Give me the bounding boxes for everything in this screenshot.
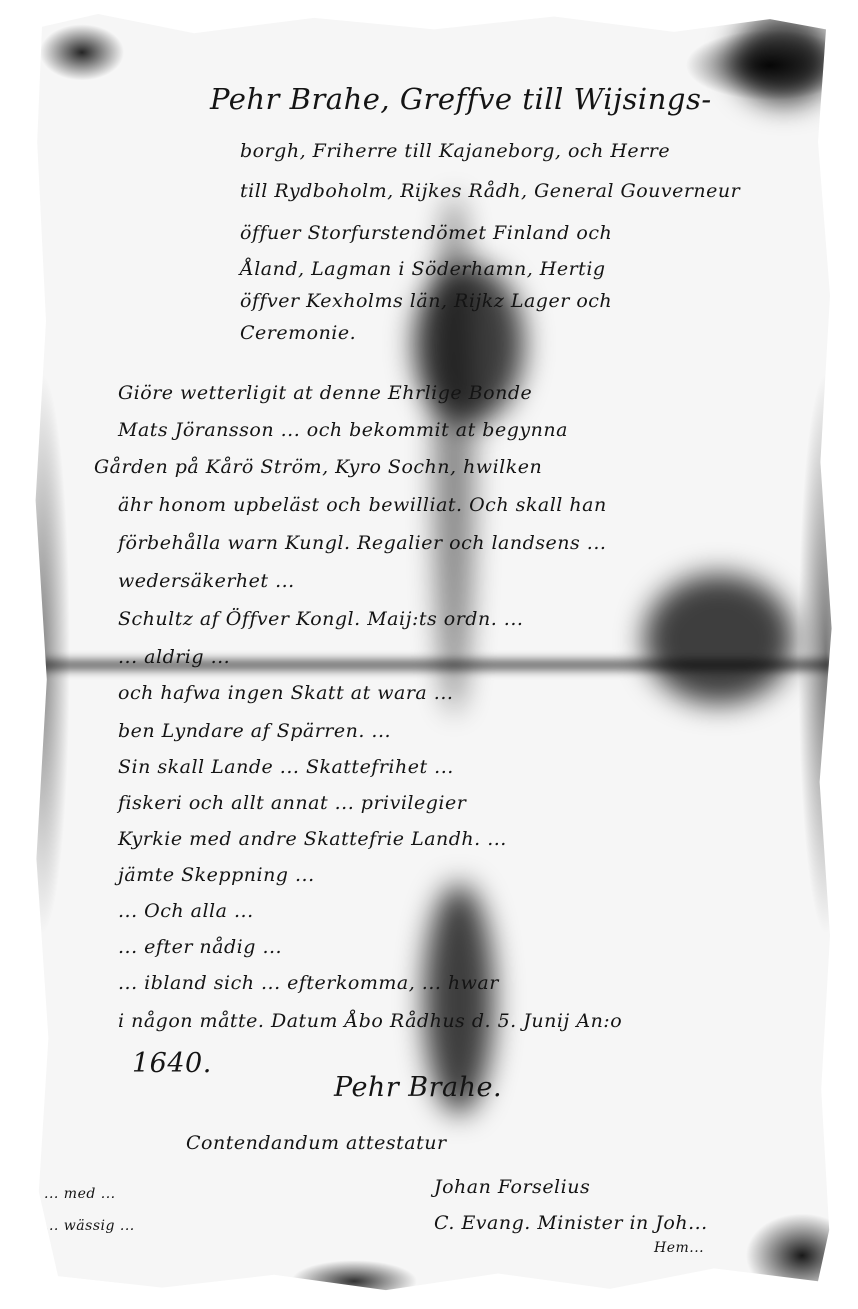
heading-line: borgh, Friherre till Kajaneborg, och Her… [240,140,670,162]
body-line: förbehålla warn Kungl. Regalier och land… [118,532,606,554]
body-line: Mats Jöransson ... och bekommit at begyn… [118,419,568,441]
body-line: ... aldrig ... [118,646,230,668]
body-line: ... efter nådig ... [118,936,282,958]
body-line: Giöre wetterligit at denne Ehrlige Bonde [118,382,532,404]
heading-line: Pehr Brahe, Greffve till Wijsings- [210,82,712,116]
body-line: ... ibland sich ... efterkomma, ... hwar [118,972,499,994]
body-line: ben Lyndare af Spärren. ... [118,720,391,742]
body-line: fiskeri och allt annat ... privilegier [118,792,466,814]
margin-note: ... wässig ... [44,1218,135,1234]
body-line: i någon måtte. Datum Åbo Rådhus d. 5. Ju… [118,1010,622,1032]
heading-line: öffuer Storfurstendömet Finland och [240,222,612,244]
attestation-label: Contendandum attestatur [186,1132,447,1154]
heading-line: Åland, Lagman i Söderhamn, Hertig [240,258,606,280]
body-line: Schultz af Öffver Kongl. Maij:ts ordn. .… [118,608,523,630]
heading-line: till Rydboholm, Rijkes Rådh, General Gou… [240,180,740,202]
heading-line: öffver Kexholms län, Rijkz Lager och [240,290,612,312]
heading-line: Ceremonie. [240,322,356,344]
attestation-signer: Johan Forselius [434,1176,590,1198]
body-line: ähr honom upbeläst och bewilliat. Och sk… [118,494,607,516]
margin-note: ... med ... [44,1186,116,1202]
body-line: ... Och alla ... [118,900,254,922]
body-line: jämte Skeppning ... [118,864,315,886]
body-line: Sin skall Lande ... Skattefrihet ... [118,756,454,778]
year: 1640. [132,1048,212,1079]
signature: Pehr Brahe. [334,1072,502,1103]
body-line: wedersäkerhet ... [118,570,295,592]
document-page: Pehr Brahe, Greffve till Wijsings- borgh… [34,14,834,1294]
body-line: Kyrkie med andre Skattefrie Landh. ... [118,828,507,850]
corner-note: Hem... [654,1240,704,1256]
body-line: och hafwa ingen Skatt at wara ... [118,682,453,704]
body-line: Gården på Kårö Ström, Kyro Sochn, hwilke… [94,456,542,478]
attestation-signer-title: C. Evang. Minister in Joh... [434,1212,708,1234]
